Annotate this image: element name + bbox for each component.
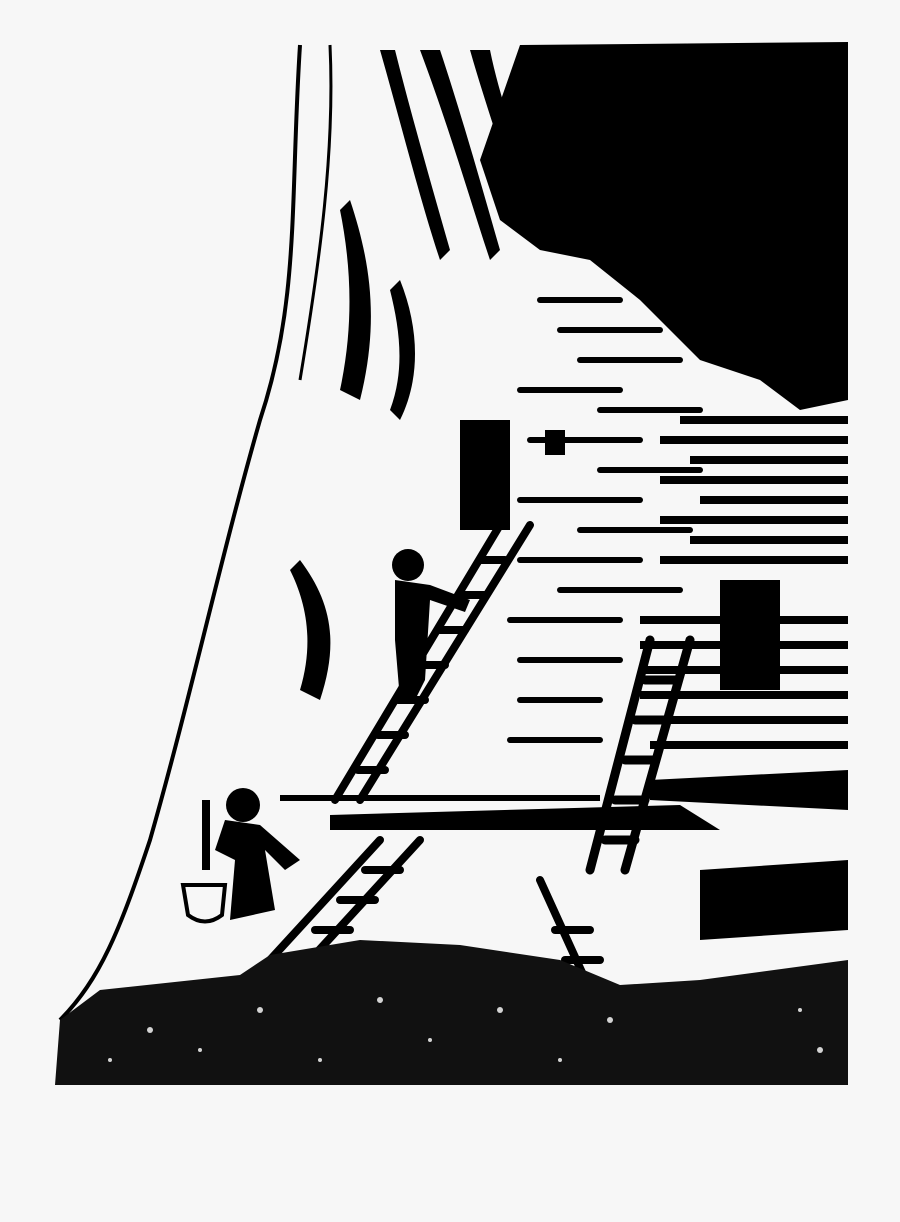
pot xyxy=(183,885,225,922)
doorway xyxy=(720,580,780,690)
illustration xyxy=(0,0,900,1222)
